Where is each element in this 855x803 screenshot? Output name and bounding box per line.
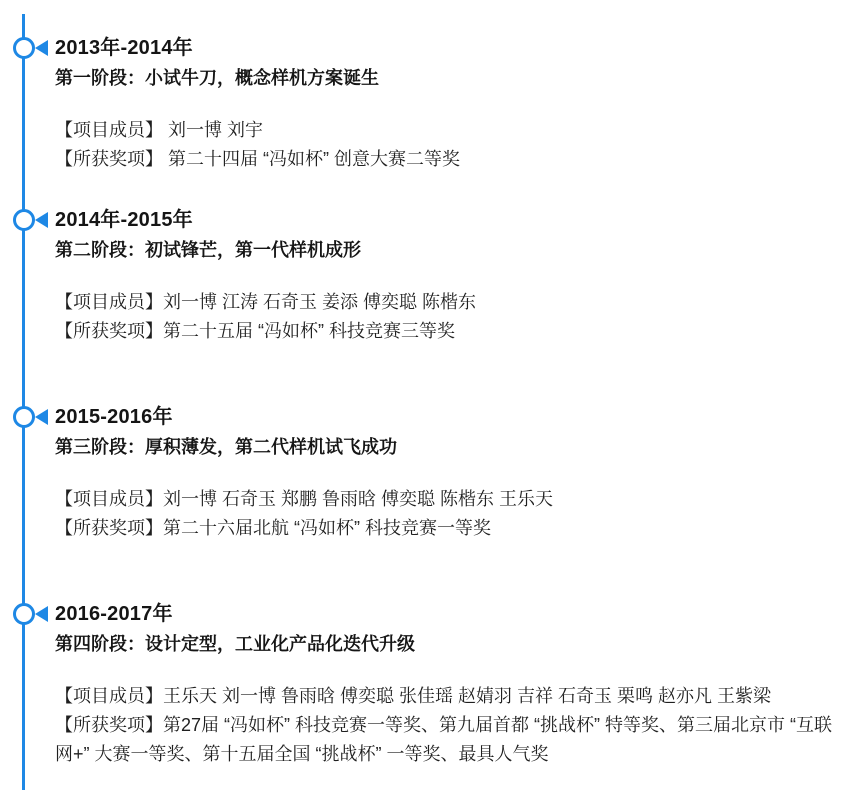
entry-details: 【项目成员】王乐天 刘一博 鲁雨晗 傅奕聪 张佳瑶 赵婧羽 吉祥 石奇玉 栗鸣 …	[55, 682, 845, 769]
timeline-circle-icon	[13, 37, 35, 59]
project-timeline: 2013年-2014年 第一阶段：小试牛刀，概念样机方案诞生 【项目成员】 刘一…	[0, 0, 855, 803]
entry-year: 2014年-2015年	[55, 208, 845, 232]
entry-awards: 【所获奖项】第二十六届北航 “冯如杯” 科技竞赛一等奖	[55, 514, 845, 543]
timeline-axis-line	[22, 14, 25, 790]
timeline-entry-2016-2017: 2016-2017年 第四阶段：设计定型，工业化产品化迭代升级 【项目成员】王乐…	[55, 602, 845, 769]
entry-phase-title: 第四阶段：设计定型，工业化产品化迭代升级	[55, 632, 845, 656]
entry-year: 2015-2016年	[55, 405, 845, 429]
arrow-left-icon	[35, 606, 48, 622]
entry-details: 【项目成员】刘一博 江涛 石奇玉 姜添 傅奕聪 陈楷东 【所获奖项】第二十五届 …	[55, 288, 845, 346]
entry-phase-title: 第三阶段：厚积薄发，第二代样机试飞成功	[55, 435, 845, 459]
entry-year: 2013年-2014年	[55, 36, 845, 60]
timeline-node	[13, 36, 53, 62]
entry-details: 【项目成员】 刘一博 刘宇 【所获奖项】 第二十四届 “冯如杯” 创意大赛二等奖	[55, 116, 845, 174]
entry-awards: 【所获奖项】第27届 “冯如杯” 科技竞赛一等奖、第九届首都 “挑战杯” 特等奖…	[55, 711, 845, 769]
timeline-entry-2013-2014: 2013年-2014年 第一阶段：小试牛刀，概念样机方案诞生 【项目成员】 刘一…	[55, 36, 845, 174]
timeline-entry-2015-2016: 2015-2016年 第三阶段：厚积薄发，第二代样机试飞成功 【项目成员】刘一博…	[55, 405, 845, 543]
arrow-left-icon	[35, 409, 48, 425]
entry-members: 【项目成员】 刘一博 刘宇	[55, 116, 845, 145]
timeline-entry-2014-2015: 2014年-2015年 第二阶段：初试锋芒，第一代样机成形 【项目成员】刘一博 …	[55, 208, 845, 346]
entry-awards: 【所获奖项】 第二十四届 “冯如杯” 创意大赛二等奖	[55, 145, 845, 174]
timeline-node	[13, 405, 53, 431]
entry-phase-title: 第二阶段：初试锋芒，第一代样机成形	[55, 238, 845, 262]
entry-awards: 【所获奖项】第二十五届 “冯如杯” 科技竞赛三等奖	[55, 317, 845, 346]
timeline-node	[13, 208, 53, 234]
timeline-circle-icon	[13, 603, 35, 625]
entry-members: 【项目成员】王乐天 刘一博 鲁雨晗 傅奕聪 张佳瑶 赵婧羽 吉祥 石奇玉 栗鸣 …	[55, 682, 845, 711]
entry-members: 【项目成员】刘一博 石奇玉 郑鹏 鲁雨晗 傅奕聪 陈楷东 王乐天	[55, 485, 845, 514]
entry-year: 2016-2017年	[55, 602, 845, 626]
arrow-left-icon	[35, 212, 48, 228]
timeline-circle-icon	[13, 209, 35, 231]
arrow-left-icon	[35, 40, 48, 56]
timeline-node	[13, 602, 53, 628]
timeline-circle-icon	[13, 406, 35, 428]
entry-details: 【项目成员】刘一博 石奇玉 郑鹏 鲁雨晗 傅奕聪 陈楷东 王乐天 【所获奖项】第…	[55, 485, 845, 543]
entry-members: 【项目成员】刘一博 江涛 石奇玉 姜添 傅奕聪 陈楷东	[55, 288, 845, 317]
entry-phase-title: 第一阶段：小试牛刀，概念样机方案诞生	[55, 66, 845, 90]
